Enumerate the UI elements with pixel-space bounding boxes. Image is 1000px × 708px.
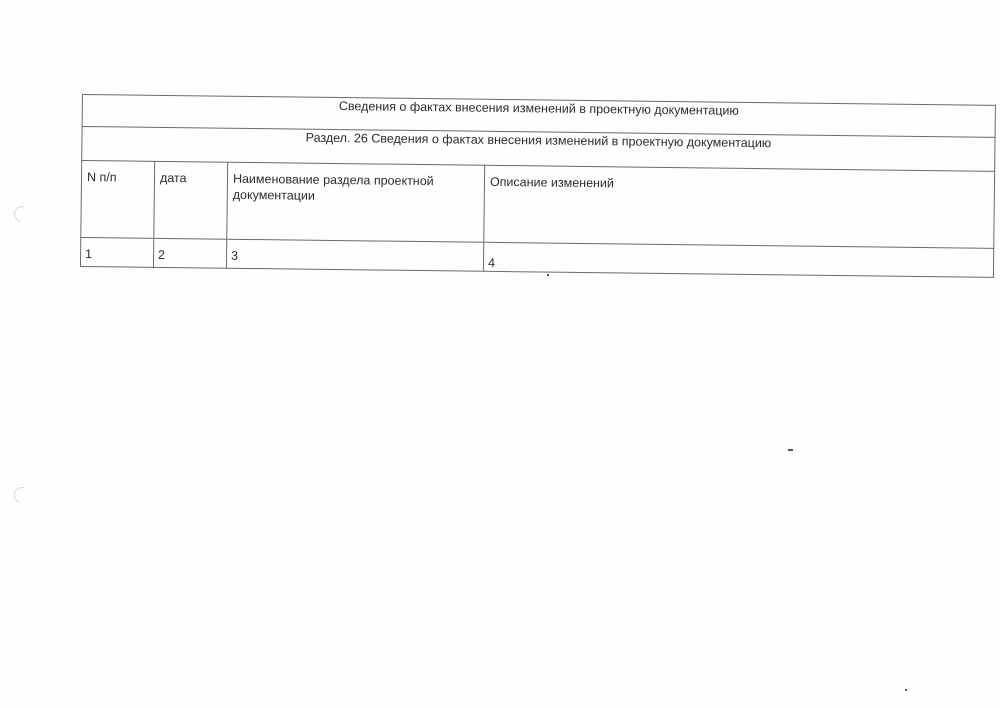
scanned-page: Сведения о фактах внесения изменений в п… [0, 0, 1000, 708]
column-number-cell: 3 [226, 239, 483, 271]
scan-speck [788, 449, 793, 451]
column-number-cell: 2 [153, 238, 226, 268]
changes-table: Сведения о фактах внесения изменений в п… [80, 94, 996, 278]
column-header-section-name: Наименование раздела проектной документа… [227, 162, 485, 242]
column-header-number: N п/п [81, 161, 155, 239]
hole-punch-mark [11, 203, 33, 225]
column-header-description: Описание изменений [484, 165, 995, 248]
column-header-row: N п/п дата Наименование раздела проектно… [81, 161, 995, 249]
scan-speck [547, 274, 549, 276]
hole-punch-mark [11, 484, 33, 506]
scan-speck [905, 689, 907, 691]
column-header-date: дата [154, 161, 228, 239]
changes-table-wrapper: Сведения о фактах внесения изменений в п… [80, 94, 995, 278]
column-number-cell: 4 [483, 242, 993, 277]
column-number-cell: 1 [80, 237, 153, 267]
